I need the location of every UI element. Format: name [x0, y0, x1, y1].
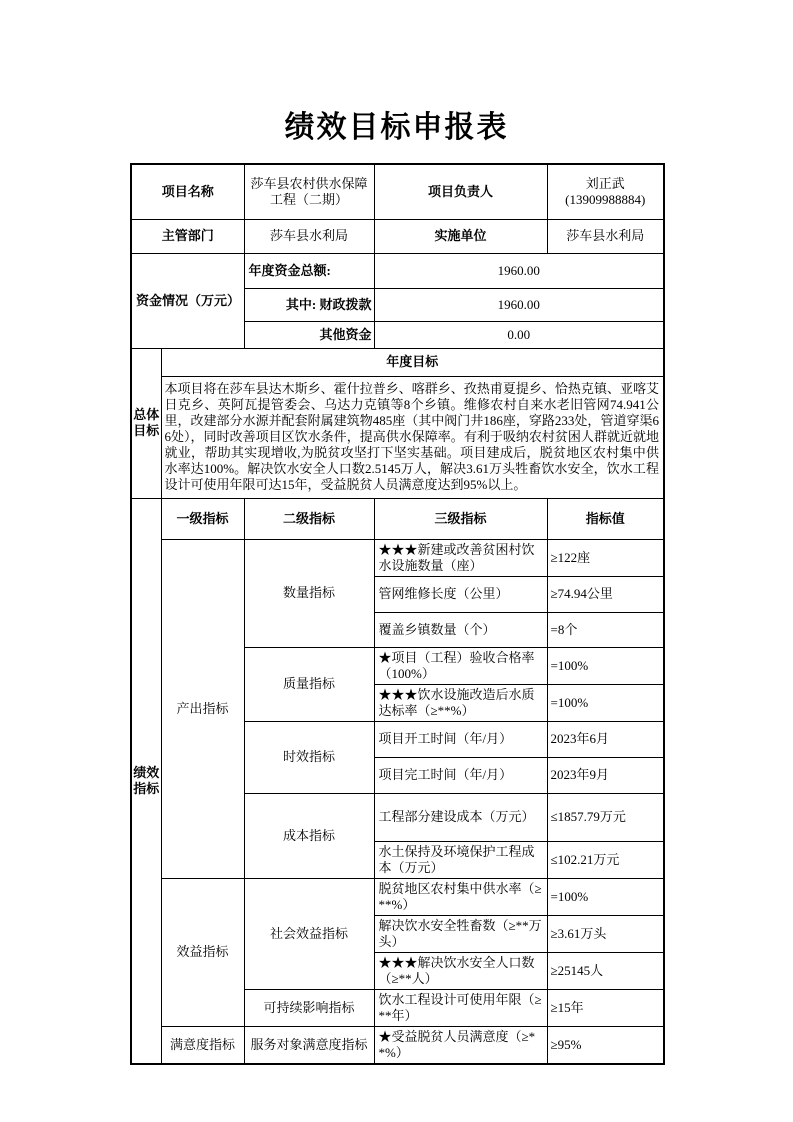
indicator-value: ≤1857.79万元 — [547, 793, 664, 841]
annual-goal-text: 本项目将在莎车县达木斯乡、霍什拉普乡、喀群乡、孜热甫夏提乡、恰热克镇、亚喀艾日克… — [161, 376, 664, 498]
department-label: 主管部门 — [131, 219, 244, 253]
project-manager-name: 刘正武 — [552, 176, 660, 192]
level1-output: 产出指标 — [161, 539, 244, 878]
page-title: 绩效目标申报表 — [130, 110, 663, 146]
indicator-name: 饮水工程设计可使用年限（≥**年） — [374, 989, 547, 1026]
table-row: 主管部门 莎车县水利局 实施单位 莎车县水利局 — [131, 219, 664, 253]
funding-other-value: 0.00 — [374, 321, 664, 348]
indicator-name: ★★★饮水设施改造后水质达标率（≥**%） — [374, 684, 547, 721]
table-row: 资金情况（万元） 年度资金总额: 1960.00 — [131, 253, 664, 288]
header-level1: 一级指标 — [161, 498, 244, 539]
funding-total-label: 年度资金总额: — [244, 253, 374, 288]
indicator-name: 工程部分建设成本（万元） — [374, 793, 547, 841]
level2-sustainability: 可持续影响指标 — [244, 989, 374, 1026]
indicator-value: ≥74.94公里 — [547, 576, 664, 612]
funding-other-label: 其他资金 — [244, 321, 374, 348]
project-manager-phone: (13909988884) — [552, 192, 660, 208]
indicator-value: =100% — [547, 878, 664, 915]
indicator-value: 2023年9月 — [547, 757, 664, 793]
indicator-name: 解决饮水安全牲畜数（≥**万头） — [374, 915, 547, 952]
indicator-name: ★受益脱贫人员满意度（≥**%） — [374, 1026, 547, 1064]
level2-social-benefit: 社会效益指标 — [244, 878, 374, 989]
indicator-value: ≥15年 — [547, 989, 664, 1026]
indicator-name: 项目完工时间（年/月） — [374, 757, 547, 793]
indicator-value: ≥3.61万头 — [547, 915, 664, 952]
indicator-name: ★项目（工程）验收合格率（100%） — [374, 647, 547, 684]
indicator-value: =100% — [547, 684, 664, 721]
performance-target-form: 项目名称 莎车县农村供水保障工程（二期） 项目负责人 刘正武 (13909988… — [130, 163, 665, 1065]
header-value: 指标值 — [547, 498, 664, 539]
indicator-name: 覆盖乡镇数量（个） — [374, 612, 547, 647]
performance-indicators-label: 绩效指标 — [131, 498, 161, 1064]
project-name-label: 项目名称 — [131, 164, 244, 219]
indicator-name: 管网维修长度（公里） — [374, 576, 547, 612]
table-row: 项目名称 莎车县农村供水保障工程（二期） 项目负责人 刘正武 (13909988… — [131, 164, 664, 219]
table-row: 效益指标 社会效益指标 脱贫地区农村集中供水率（≥**%） =100% — [131, 878, 664, 915]
funding-fiscal-value: 1960.00 — [374, 288, 664, 321]
level2-quantity: 数量指标 — [244, 539, 374, 647]
level2-cost: 成本指标 — [244, 793, 374, 878]
level2-timeliness: 时效指标 — [244, 721, 374, 793]
indicator-name: ★★★解决饮水安全人口数（≥**人） — [374, 952, 547, 989]
department-value: 莎车县水利局 — [244, 219, 374, 253]
table-row: 满意度指标 服务对象满意度指标 ★受益脱贫人员满意度（≥**%） ≥95% — [131, 1026, 664, 1064]
table-row: 绩效指标 一级指标 二级指标 三级指标 指标值 — [131, 498, 664, 539]
indicator-name: 项目开工时间（年/月） — [374, 721, 547, 757]
document-page: 绩效目标申报表 项目名称 莎车县农村供水保障工程（二期） 项目负责人 刘正武 (… — [0, 0, 793, 1122]
funding-label: 资金情况（万元） — [131, 253, 244, 348]
table-row: 产出指标 数量指标 ★★★新建或改善贫困村饮水设施数量（座） ≥122座 — [131, 539, 664, 576]
funding-total-value: 1960.00 — [374, 253, 664, 288]
level1-benefit: 效益指标 — [161, 878, 244, 1026]
indicator-value: =100% — [547, 647, 664, 684]
project-manager-value: 刘正武 (13909988884) — [547, 164, 664, 219]
level2-quality: 质量指标 — [244, 647, 374, 721]
funding-fiscal-label: 其中: 财政拨款 — [244, 288, 374, 321]
level2-service-satisfaction: 服务对象满意度指标 — [244, 1026, 374, 1064]
indicator-value: ≥95% — [547, 1026, 664, 1064]
implementing-unit-value: 莎车县水利局 — [547, 219, 664, 253]
indicator-name: 脱贫地区农村集中供水率（≥**%） — [374, 878, 547, 915]
indicator-value: =8个 — [547, 612, 664, 647]
level1-satisfaction: 满意度指标 — [161, 1026, 244, 1064]
project-name-value: 莎车县农村供水保障工程（二期） — [244, 164, 374, 219]
table-row: 总体目标 年度目标 — [131, 348, 664, 376]
annual-goal-header: 年度目标 — [161, 348, 664, 376]
indicator-name: 水土保持及环境保护工程成本（万元） — [374, 841, 547, 878]
project-manager-label: 项目负责人 — [374, 164, 547, 219]
indicator-value: ≥122座 — [547, 539, 664, 576]
header-level2: 二级指标 — [244, 498, 374, 539]
indicator-value: 2023年6月 — [547, 721, 664, 757]
indicator-value: ≥25145人 — [547, 952, 664, 989]
indicator-name: ★★★新建或改善贫困村饮水设施数量（座） — [374, 539, 547, 576]
overall-goal-label: 总体目标 — [131, 348, 161, 498]
header-level3: 三级指标 — [374, 498, 547, 539]
table-row: 本项目将在莎车县达木斯乡、霍什拉普乡、喀群乡、孜热甫夏提乡、恰热克镇、亚喀艾日克… — [131, 376, 664, 498]
indicator-value: ≤102.21万元 — [547, 841, 664, 878]
implementing-unit-label: 实施单位 — [374, 219, 547, 253]
